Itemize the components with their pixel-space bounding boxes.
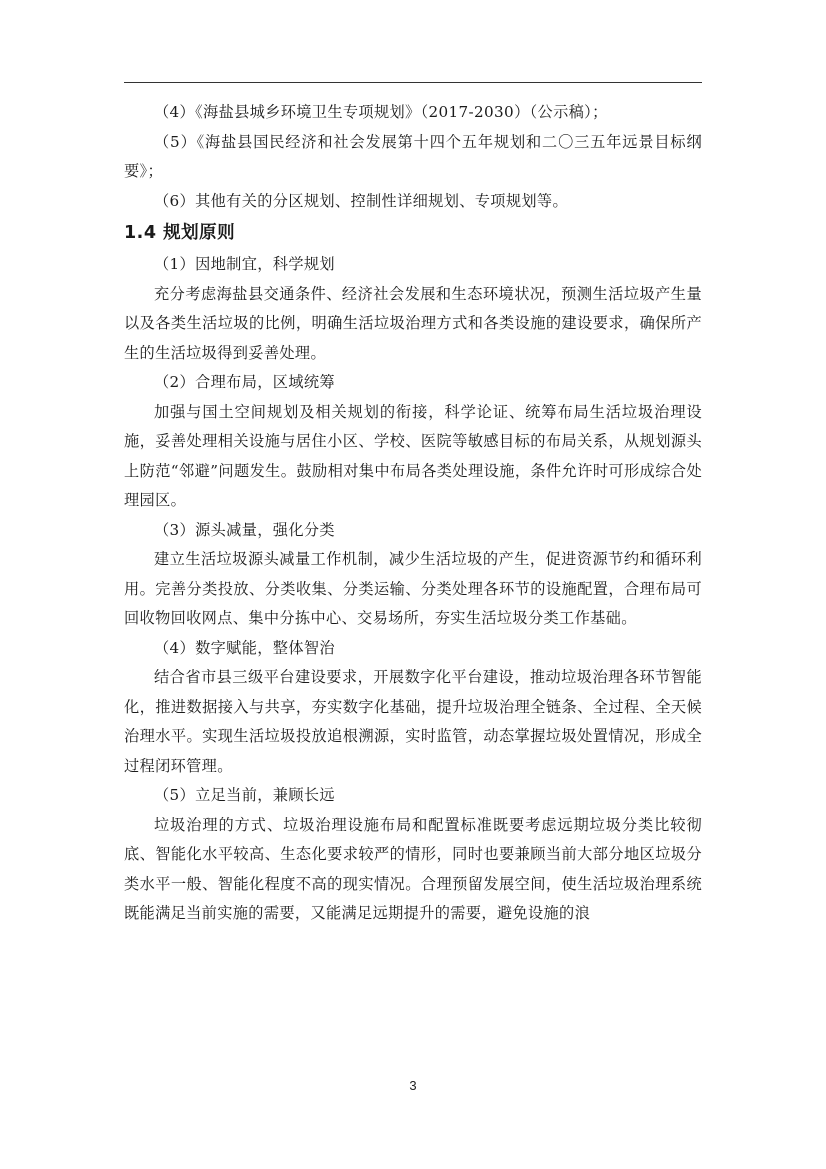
principle-body: 建立生活垃圾源头减量工作机制，减少生活垃圾的产生，促进资源节约和循环利用。完善分… (124, 545, 702, 634)
header-rule (124, 82, 702, 83)
reference-item: （6）其他有关的分区规划、控制性详细规划、专项规划等。 (124, 187, 702, 217)
principle-title: （5）立足当前，兼顾长远 (124, 781, 702, 811)
reference-item: （4）《海盐县城乡环境卫生专项规划》（2017-2030）（公示稿）； (124, 98, 702, 128)
principle-body: 结合省市县三级平台建设要求，开展数字化平台建设，推动垃圾治理各环节智能化，推进数… (124, 663, 702, 781)
principle-title: （4）数字赋能，整体智治 (124, 634, 702, 664)
principle-body: 垃圾治理的方式、垃圾治理设施布局和配置标准既要考虑远期垃圾分类比较彻底、智能化水… (124, 811, 702, 929)
principle-body: 充分考虑海盐县交通条件、经济社会发展和生态环境状况，预测生活垃圾产生量以及各类生… (124, 280, 702, 369)
document-body: （4）《海盐县城乡环境卫生专项规划》（2017-2030）（公示稿）； （5）《… (124, 98, 702, 929)
principle-title: （1）因地制宜，科学规划 (124, 250, 702, 280)
section-heading: 1.4 规划原则 (124, 216, 702, 250)
page-number: 3 (0, 1078, 826, 1093)
principle-body: 加强与国土空间规划及相关规划的衔接，科学论证、统筹布局生活垃圾治理设施，妥善处理… (124, 398, 702, 516)
principle-title: （3）源头减量，强化分类 (124, 516, 702, 546)
reference-item: （5）《海盐县国民经济和社会发展第十四个五年规划和二〇三五年远景目标纲要》； (124, 128, 702, 187)
principle-title: （2）合理布局，区域统筹 (124, 368, 702, 398)
